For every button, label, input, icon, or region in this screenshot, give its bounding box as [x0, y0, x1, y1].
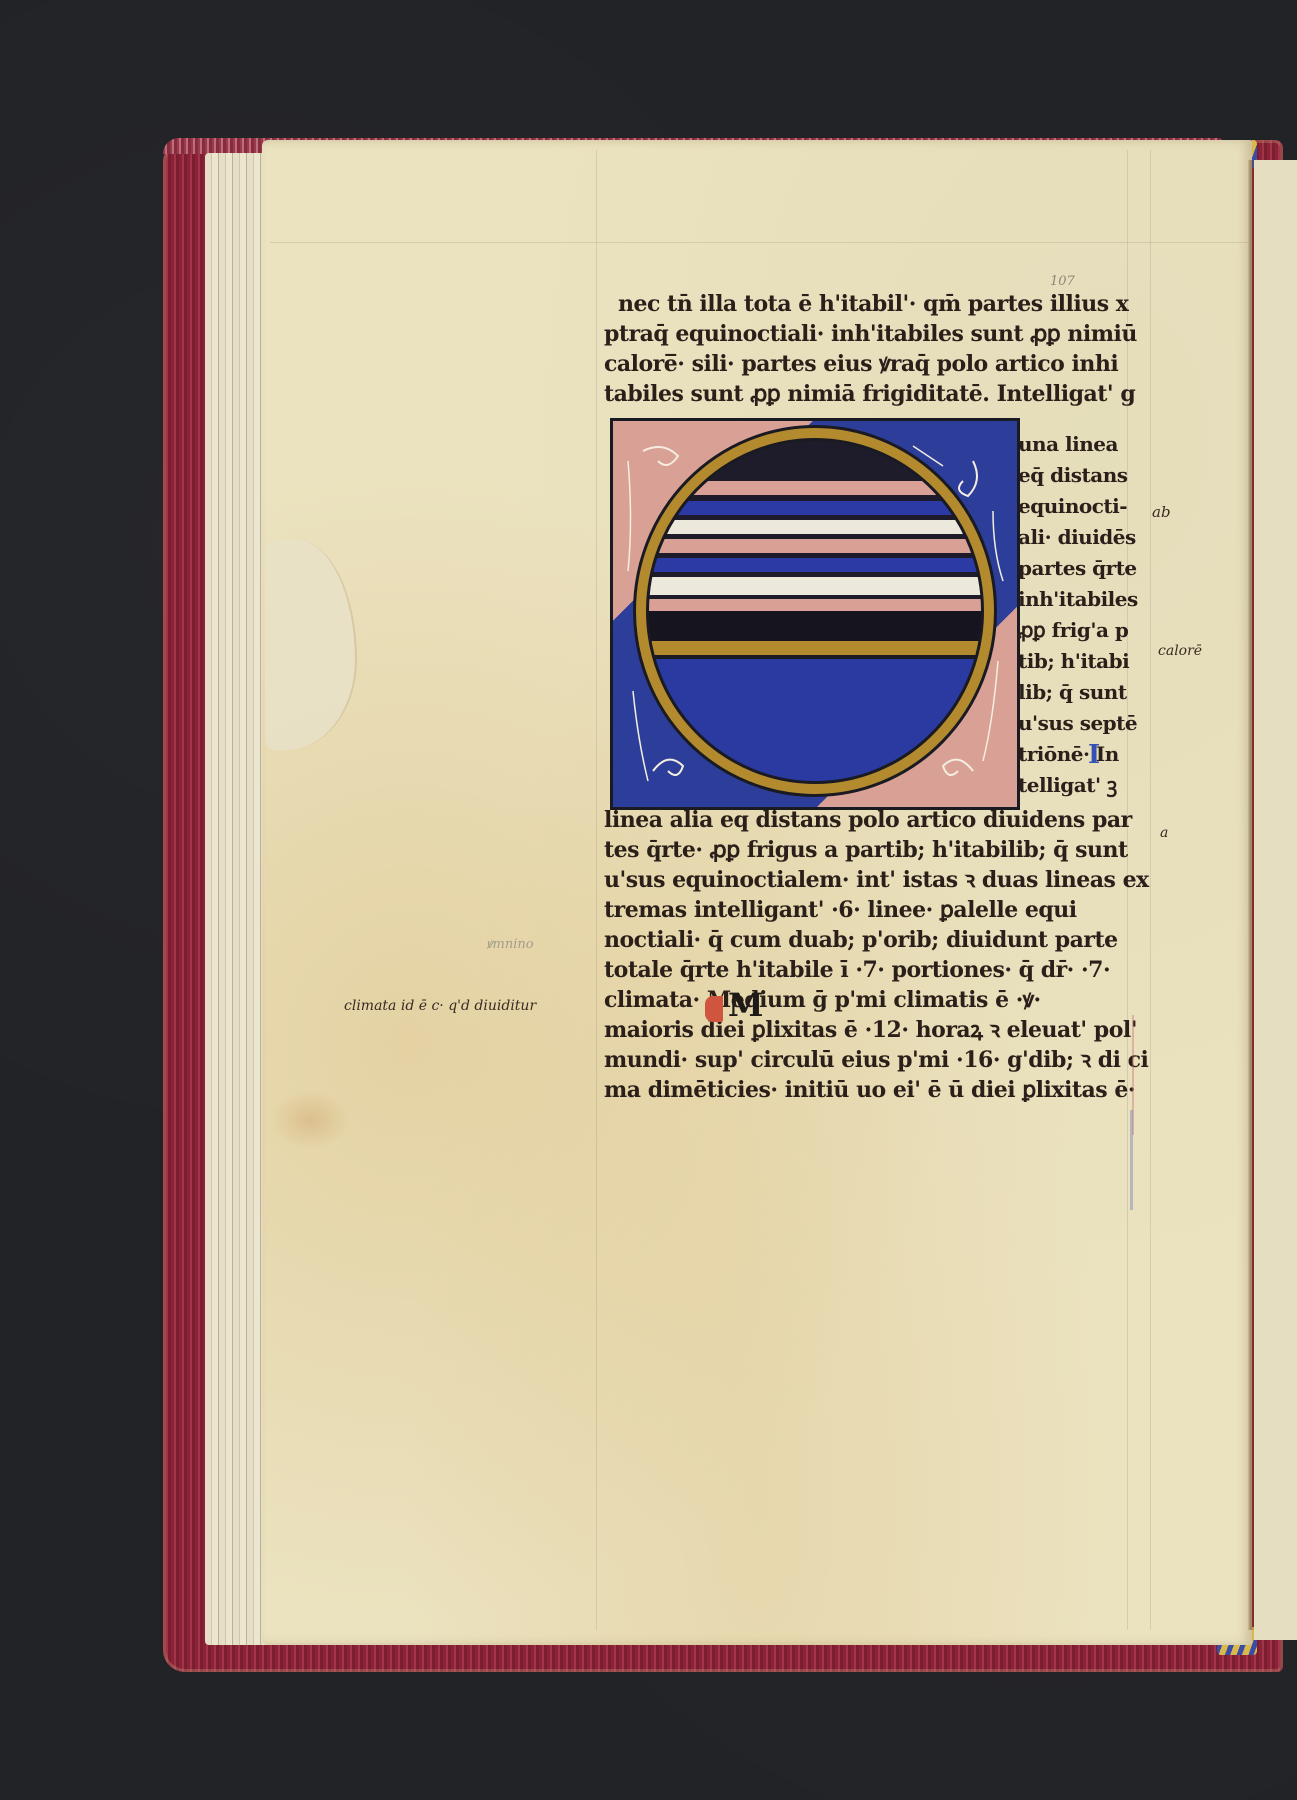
zonal-globe-diagram	[610, 418, 1020, 810]
text-line: partes q̄rte	[1018, 554, 1137, 582]
margin-note-climata: climata id ē c· q'd diuiditur	[344, 998, 536, 1014]
margin-note-faint: ꝟmnino	[486, 934, 534, 952]
text-line: ali· diuidēs	[1018, 523, 1136, 551]
facing-page	[1254, 160, 1297, 1640]
text-line: nec tn̄ illa tota ē h'itabil'· qm̄ parte…	[618, 290, 1128, 318]
text-line: linea alia eq distans polo artico diuide…	[604, 806, 1132, 834]
ruling-top	[270, 242, 1250, 243]
parchment-stain-lower	[270, 1090, 350, 1150]
text-line: ma dimēticies· initiū uo ei' ē ū diei ꝑl…	[604, 1076, 1135, 1104]
text-line: climata· Medium ḡ p'mi climatis ē ·ꝟ·	[604, 986, 1041, 1014]
text-line: inh'itabiles	[1018, 585, 1138, 613]
text-line: lib; q̄ sunt	[1018, 678, 1127, 706]
text-line: eq̄ distans	[1018, 461, 1128, 489]
margin-note-calore: calorē	[1158, 643, 1202, 659]
text-line: calore̅· sili· partes eius ꝟraq̄ polo ar…	[604, 350, 1118, 378]
margin-note-a: a	[1160, 825, 1168, 841]
text-line: equinocti-	[1018, 492, 1127, 520]
text-line: u'sus equinoctialem· int' istas ꝛ duas l…	[604, 866, 1149, 894]
text-line: tib; h'itabi	[1018, 647, 1129, 675]
margin-note-ab: ab	[1152, 503, 1171, 521]
text-line: tremas intelligant' ·6· linee· ꝑalelle e…	[604, 896, 1077, 924]
gutter-shadow	[1248, 160, 1254, 1630]
ruling-left	[596, 150, 597, 1630]
text-line: noctiali· q̄ cum duab; p'orib; diuidunt …	[604, 926, 1118, 954]
initial-m: M	[728, 986, 763, 1024]
text-line: u'sus septē	[1018, 709, 1137, 737]
text-line: ꝓꝑ frig'a p	[1018, 616, 1128, 644]
text-line: totale q̄rte h'itabile ī ·7· portiones· …	[604, 956, 1110, 984]
text-line: tabiles sunt ꝓꝑ nimiā frigiditatē. Intel…	[604, 380, 1135, 408]
text-line: ptraq̄ equinoctiali· inh'itabiles sunt ꝓ…	[604, 320, 1137, 348]
text-line: maioris diei ꝑlixitas ē ·12· horaꝝ ꝛ ele…	[604, 1016, 1137, 1044]
text-line: mundi· sup' circulū eius p'mi ·16· g'dib…	[604, 1046, 1148, 1074]
blue-ruling-mark	[1130, 1110, 1133, 1210]
blue-initial-i: I	[1088, 740, 1100, 770]
text-line: telligat' ꝫ	[1018, 771, 1117, 799]
globe-icon	[613, 421, 1017, 807]
ruling-right	[1150, 150, 1151, 1630]
text-line: una linea	[1018, 430, 1118, 458]
folio-number: 107	[1050, 274, 1075, 289]
rubric-paragraph-mark	[705, 996, 723, 1022]
text-line: tes q̄rte· ꝓꝑ frigus a partib; h'itabili…	[604, 836, 1128, 864]
text-line: triōnē· In	[1018, 740, 1119, 768]
